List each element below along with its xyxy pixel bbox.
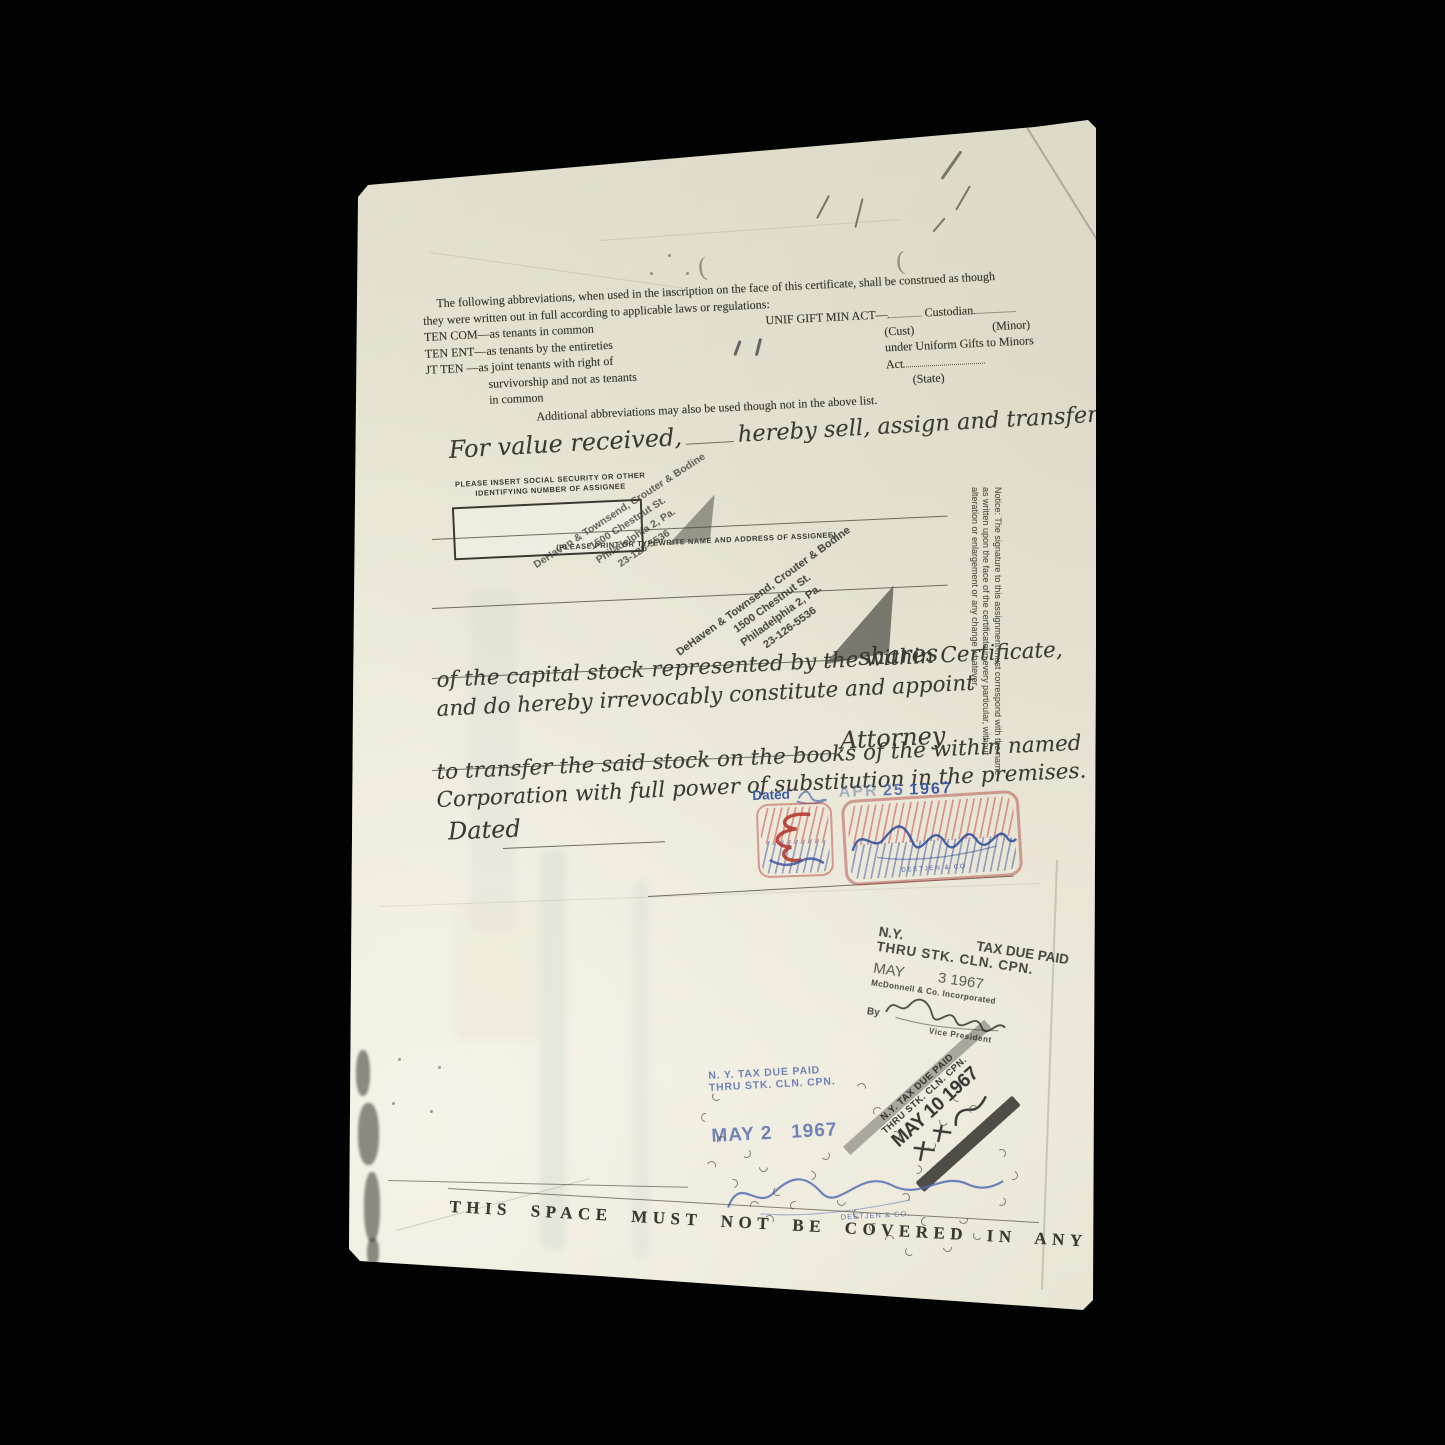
corporate-seal-large: DEETJEN & CO — [841, 790, 1024, 887]
punch-hole — [821, 1151, 831, 1161]
punch-hole — [706, 1160, 718, 1172]
punch-hole — [855, 1081, 867, 1093]
pin-dot — [686, 272, 689, 275]
blank-line — [685, 425, 734, 445]
paper-crease — [430, 252, 688, 289]
punch-hole — [712, 1092, 721, 1101]
pencil-mark — [932, 217, 945, 232]
abbr-act: Act — [886, 356, 904, 371]
punch-hole — [742, 1149, 752, 1159]
pin-dot — [668, 254, 671, 257]
pencil-mark — [955, 185, 971, 210]
abbr-state: (State) — [912, 371, 945, 387]
notice-line1: Notice: The signature to this assignment… — [992, 487, 1004, 785]
pin-dot — [438, 1066, 441, 1069]
ny-tax-stamp-blue: N. Y. TAX DUE PAID THRU STK. CLN. CPN. M… — [708, 1063, 839, 1148]
paper-crease — [380, 883, 1040, 907]
notice-line3: alteration or enlargement or any change … — [969, 487, 981, 785]
dated-stamp-label: Dated — [752, 787, 790, 803]
blue-tax-date: MAY 2 1967 — [711, 1119, 839, 1148]
writing-line — [432, 585, 948, 610]
abbr-minor: (Minor) — [992, 316, 1031, 334]
pin-dot — [430, 1110, 433, 1113]
dated-text: Dated — [447, 814, 521, 845]
photograph-canvas: ( ( The following abbreviations, when us… — [0, 0, 1445, 1445]
paper-crease — [1041, 860, 1058, 1290]
signature-notice: Notice: The signature to this assignment… — [969, 487, 1004, 785]
abbreviations-block: The following abbreviations, when used i… — [422, 264, 1076, 429]
pin-dot — [650, 272, 653, 275]
staple-mark: ( — [696, 252, 708, 283]
pencil-mark — [854, 198, 863, 228]
ink-smudge — [356, 1050, 370, 1096]
pin-dot — [392, 1102, 395, 1105]
footer-rule — [388, 1180, 688, 1188]
ink-smudge — [364, 1172, 380, 1242]
ssn-label: PLEASE INSERT SOCIAL SECURITY OR OTHER I… — [452, 470, 649, 499]
stamp-smudge-mark — [794, 781, 835, 804]
pencil-mark — [940, 150, 962, 179]
pin-dot — [668, 292, 671, 295]
notice-line2: as written upon the face of the certific… — [980, 487, 992, 785]
punch-hole — [905, 1247, 914, 1256]
for-value-text: For value received, — [448, 423, 683, 464]
abbr-cust: (Cust) — [884, 322, 915, 340]
certificate-back-paper: ( ( The following abbreviations, when us… — [0, 0, 1445, 1445]
corporate-seal-small — [756, 802, 835, 879]
ink-ghost-strip — [540, 850, 566, 1250]
ink-smudge — [358, 1103, 379, 1165]
paper-crease — [1022, 121, 1104, 251]
paper-stain — [455, 900, 545, 1040]
ink-smudge — [367, 1238, 379, 1266]
pencil-mark — [816, 195, 830, 219]
dated-line — [503, 841, 665, 849]
pin-dot — [398, 1058, 401, 1061]
abbr-custodian: Custodian — [924, 303, 973, 319]
tax-by: By — [866, 1006, 880, 1019]
initial-mark — [758, 804, 832, 876]
tax-month: MAY — [872, 960, 906, 981]
ink-ghost-strip — [633, 880, 649, 1260]
